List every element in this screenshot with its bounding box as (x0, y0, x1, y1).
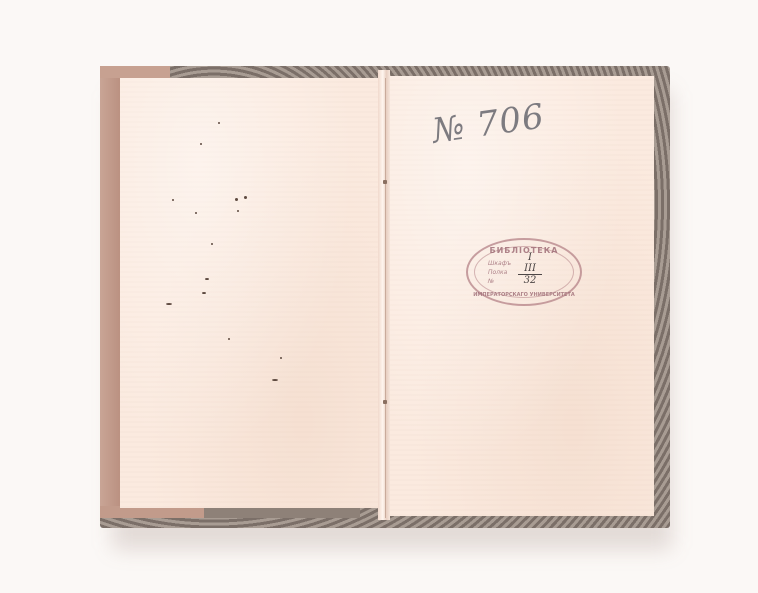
ink-spot (280, 357, 282, 359)
binding-stitch (383, 180, 387, 184)
ink-spot (235, 198, 238, 201)
ink-spot (202, 292, 206, 294)
stamp-field-number: № (488, 278, 494, 285)
ink-spot (272, 379, 278, 381)
shelfmark-number: 32 (518, 274, 542, 286)
stamp-field-cabinet: Шкафъ (488, 260, 511, 267)
ink-spot (195, 212, 197, 214)
stamp-field-shelf: Полка (488, 269, 507, 276)
leather-corner-top (100, 66, 170, 78)
binding-stitch (383, 400, 387, 404)
shelfmark-shelf: III (518, 263, 542, 274)
stamp-institution: ИМПЕРАТОРСКАГО УНИВЕРСИТЕТА (468, 292, 580, 298)
spine-fold (385, 78, 386, 518)
ink-spot (211, 243, 213, 245)
shelfmark-cabinet: I (518, 252, 542, 263)
ink-spot (228, 338, 230, 340)
stamp-shelfmark: I III 32 (518, 252, 542, 286)
ink-spot (237, 210, 239, 212)
ink-spot (218, 122, 220, 124)
book-gutter (378, 70, 390, 520)
library-stamp: БИБЛІОТЕКА Шкафъ Полка № I III 32 ИМПЕРА… (466, 238, 582, 306)
ink-spot (200, 143, 202, 145)
left-endpaper (120, 78, 382, 508)
ink-spot (244, 196, 247, 199)
ink-spot (205, 278, 209, 280)
ink-spot (166, 303, 172, 305)
ink-spot (172, 199, 174, 201)
leather-corner-left (100, 66, 122, 516)
